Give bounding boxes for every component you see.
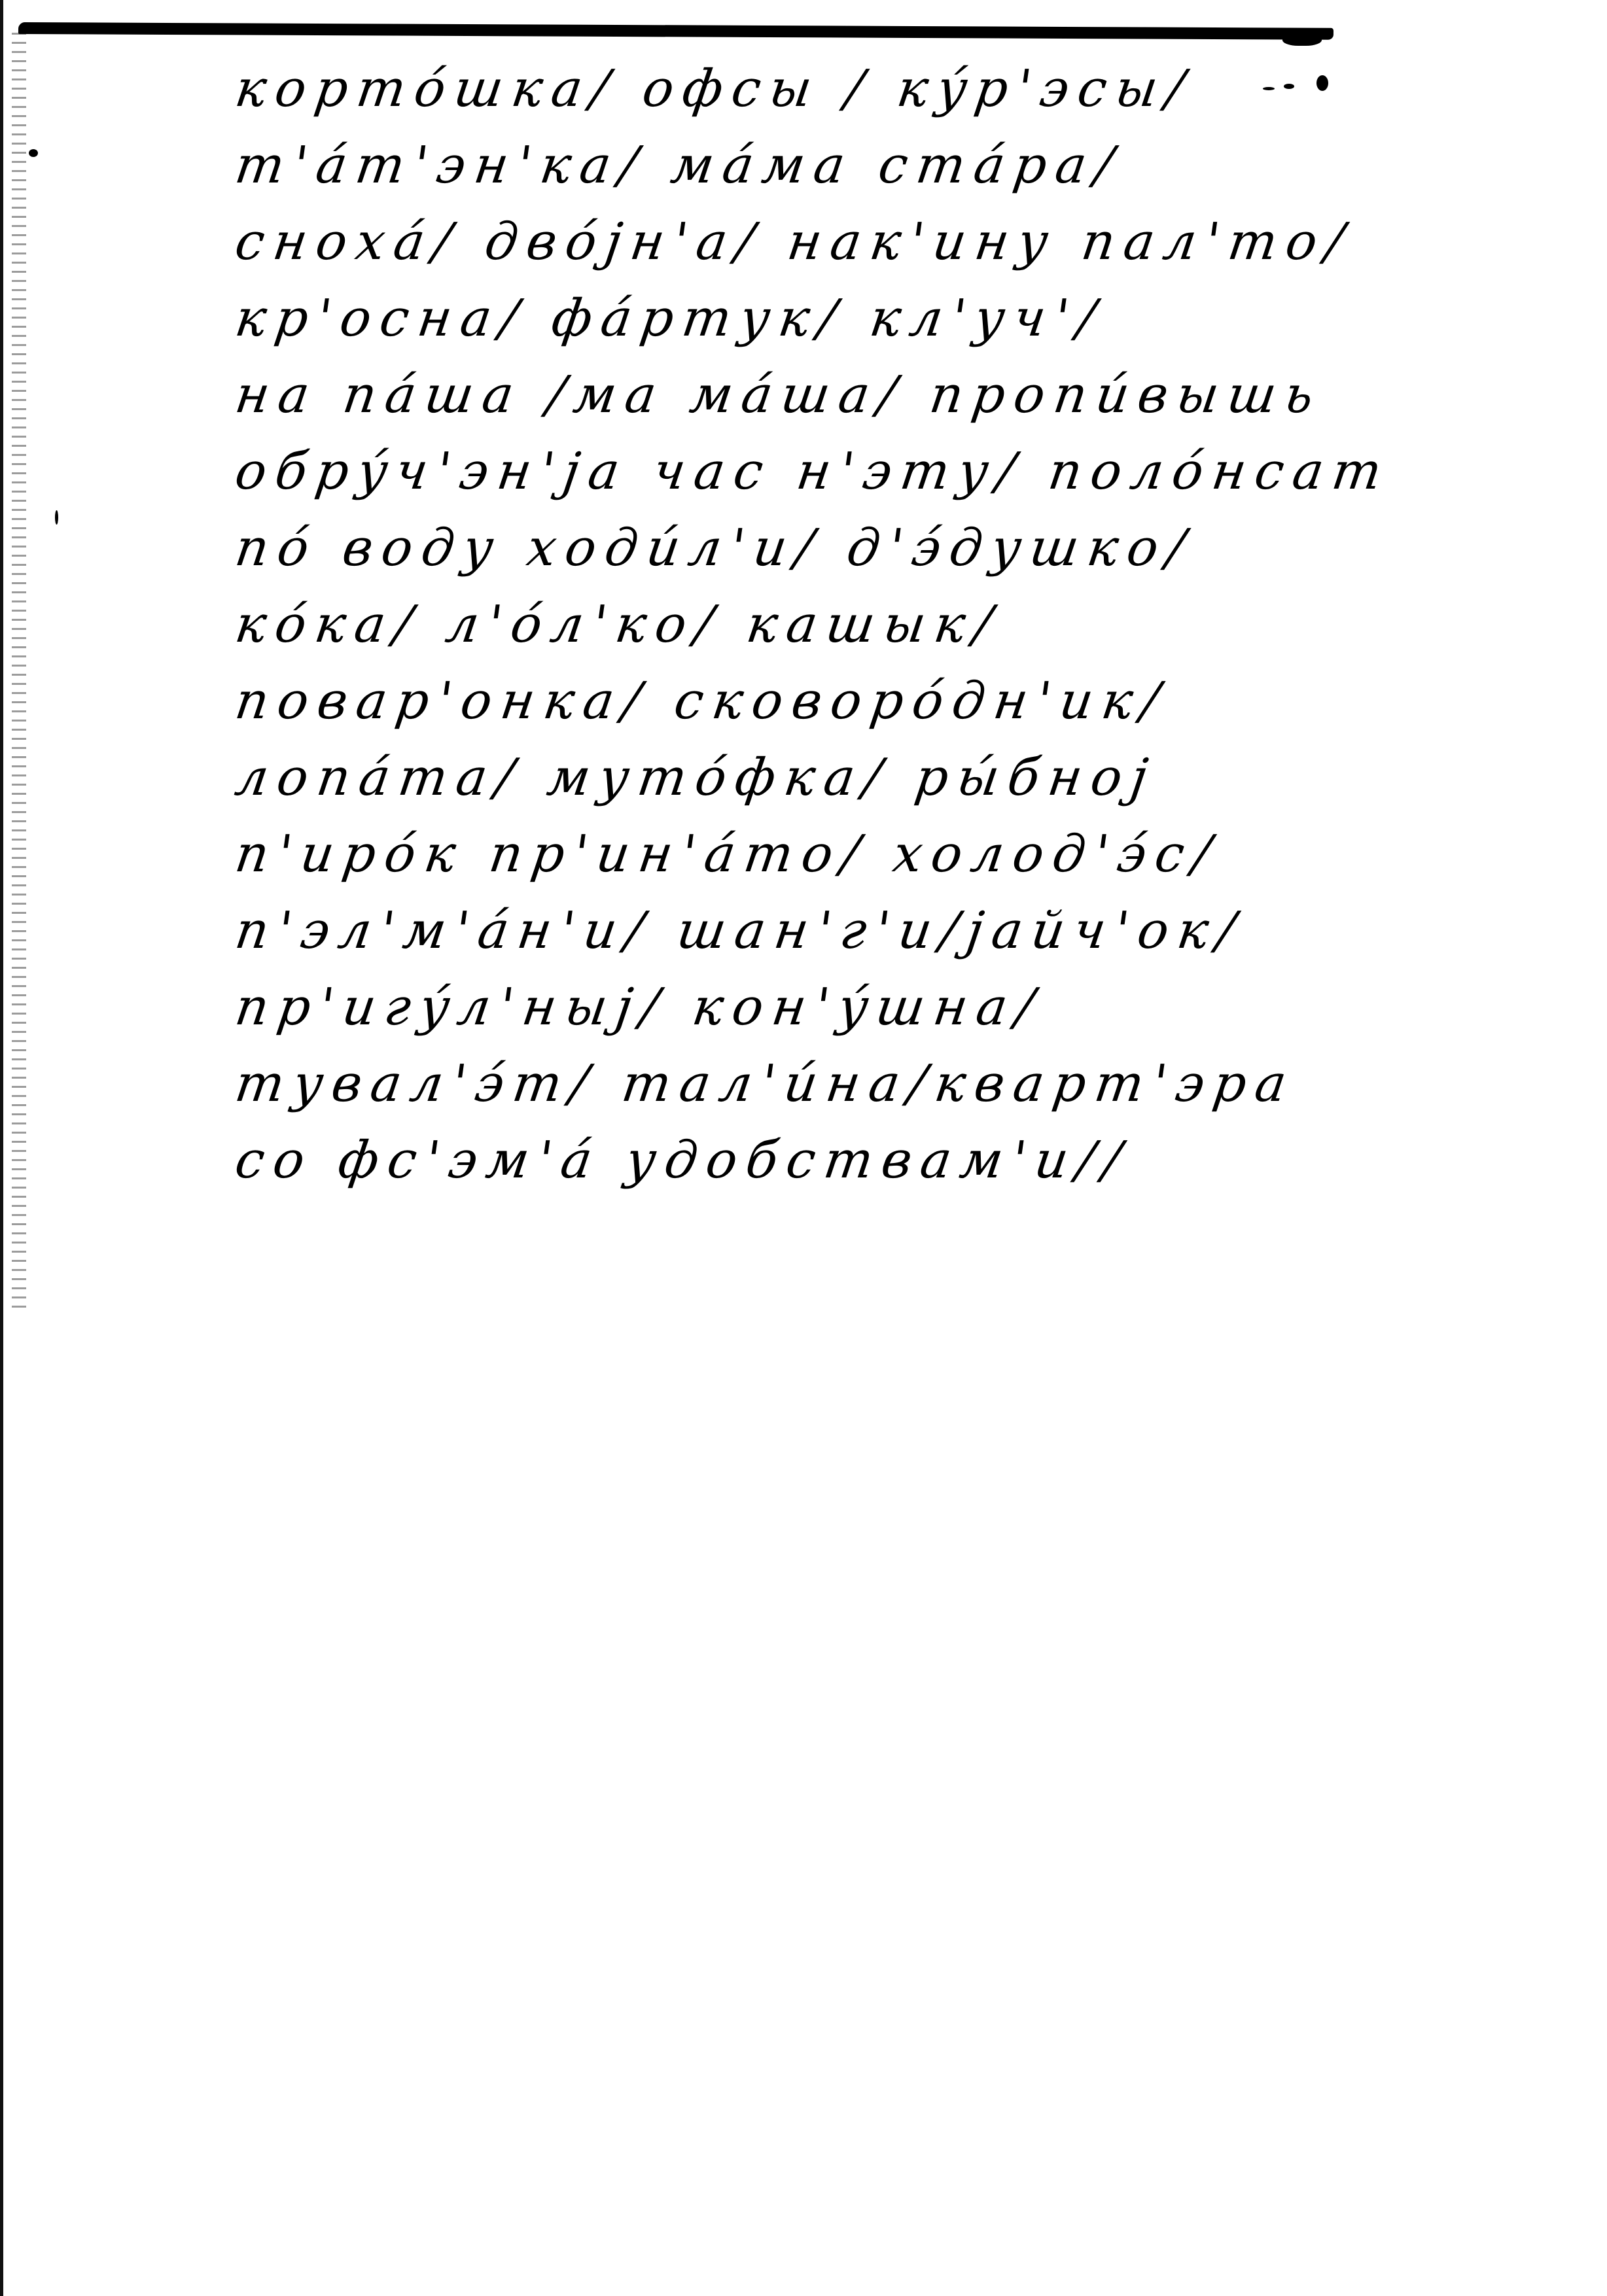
scan-ink-blot <box>55 510 58 525</box>
scan-left-edge <box>0 0 3 2296</box>
handwritten-line: на па́ша /ма ма́ша/ пропи́вышь <box>230 357 1366 434</box>
handwritten-line: кортóшка/ офсы / кýр'эсы/ <box>230 51 1366 128</box>
handwritten-line: сноха́/ двóјн'а/ нак'ину пал'то/ <box>230 204 1366 281</box>
scan-margin-speckle <box>12 33 26 1308</box>
handwritten-line: кр'осна/ фа́ртук/ кл'уч'/ <box>230 281 1366 357</box>
handwritten-line: п'ирóк пр'ин'а́то/ холод'э́с/ <box>230 816 1366 893</box>
scan-ink-blot <box>1282 31 1322 46</box>
handwritten-line: кóка/ л'óл'ко/ кашык/ <box>230 587 1366 663</box>
handwritten-line: п'эл'м'а́н'и/ шан'г'и/јайч'ок/ <box>230 893 1366 969</box>
scan-top-border <box>18 22 1333 40</box>
handwritten-line: пó воду ходи́л'и/ д'э́душко/ <box>230 510 1366 587</box>
scan-ink-blot <box>29 149 38 157</box>
handwritten-text-block: кортóшка/ офсы / кýр'эсы/ т'а́т'эн'ка/ м… <box>230 51 1356 1199</box>
handwritten-line: повар'онка/ сковорóдн'ик/ <box>230 663 1366 740</box>
handwritten-line: пр'игýл'ныј/ кон'ýшна/ <box>230 969 1366 1046</box>
handwritten-line: со фс'эм'а́ удобствам'и// <box>230 1122 1366 1199</box>
handwritten-line: т'а́т'эн'ка/ ма́ма ста́ра/ <box>230 128 1366 204</box>
scanned-page: кортóшка/ офсы / кýр'эсы/ т'а́т'эн'ка/ м… <box>0 0 1607 2296</box>
handwritten-line: тувал'э́т/ тал'и́на/кварт'эра <box>230 1046 1366 1122</box>
handwritten-line: обрýч'эн'ја час н'эту/ полóнсат <box>230 434 1366 510</box>
handwritten-line: лопа́та/ мутóфка/ ры́бној <box>230 740 1366 816</box>
